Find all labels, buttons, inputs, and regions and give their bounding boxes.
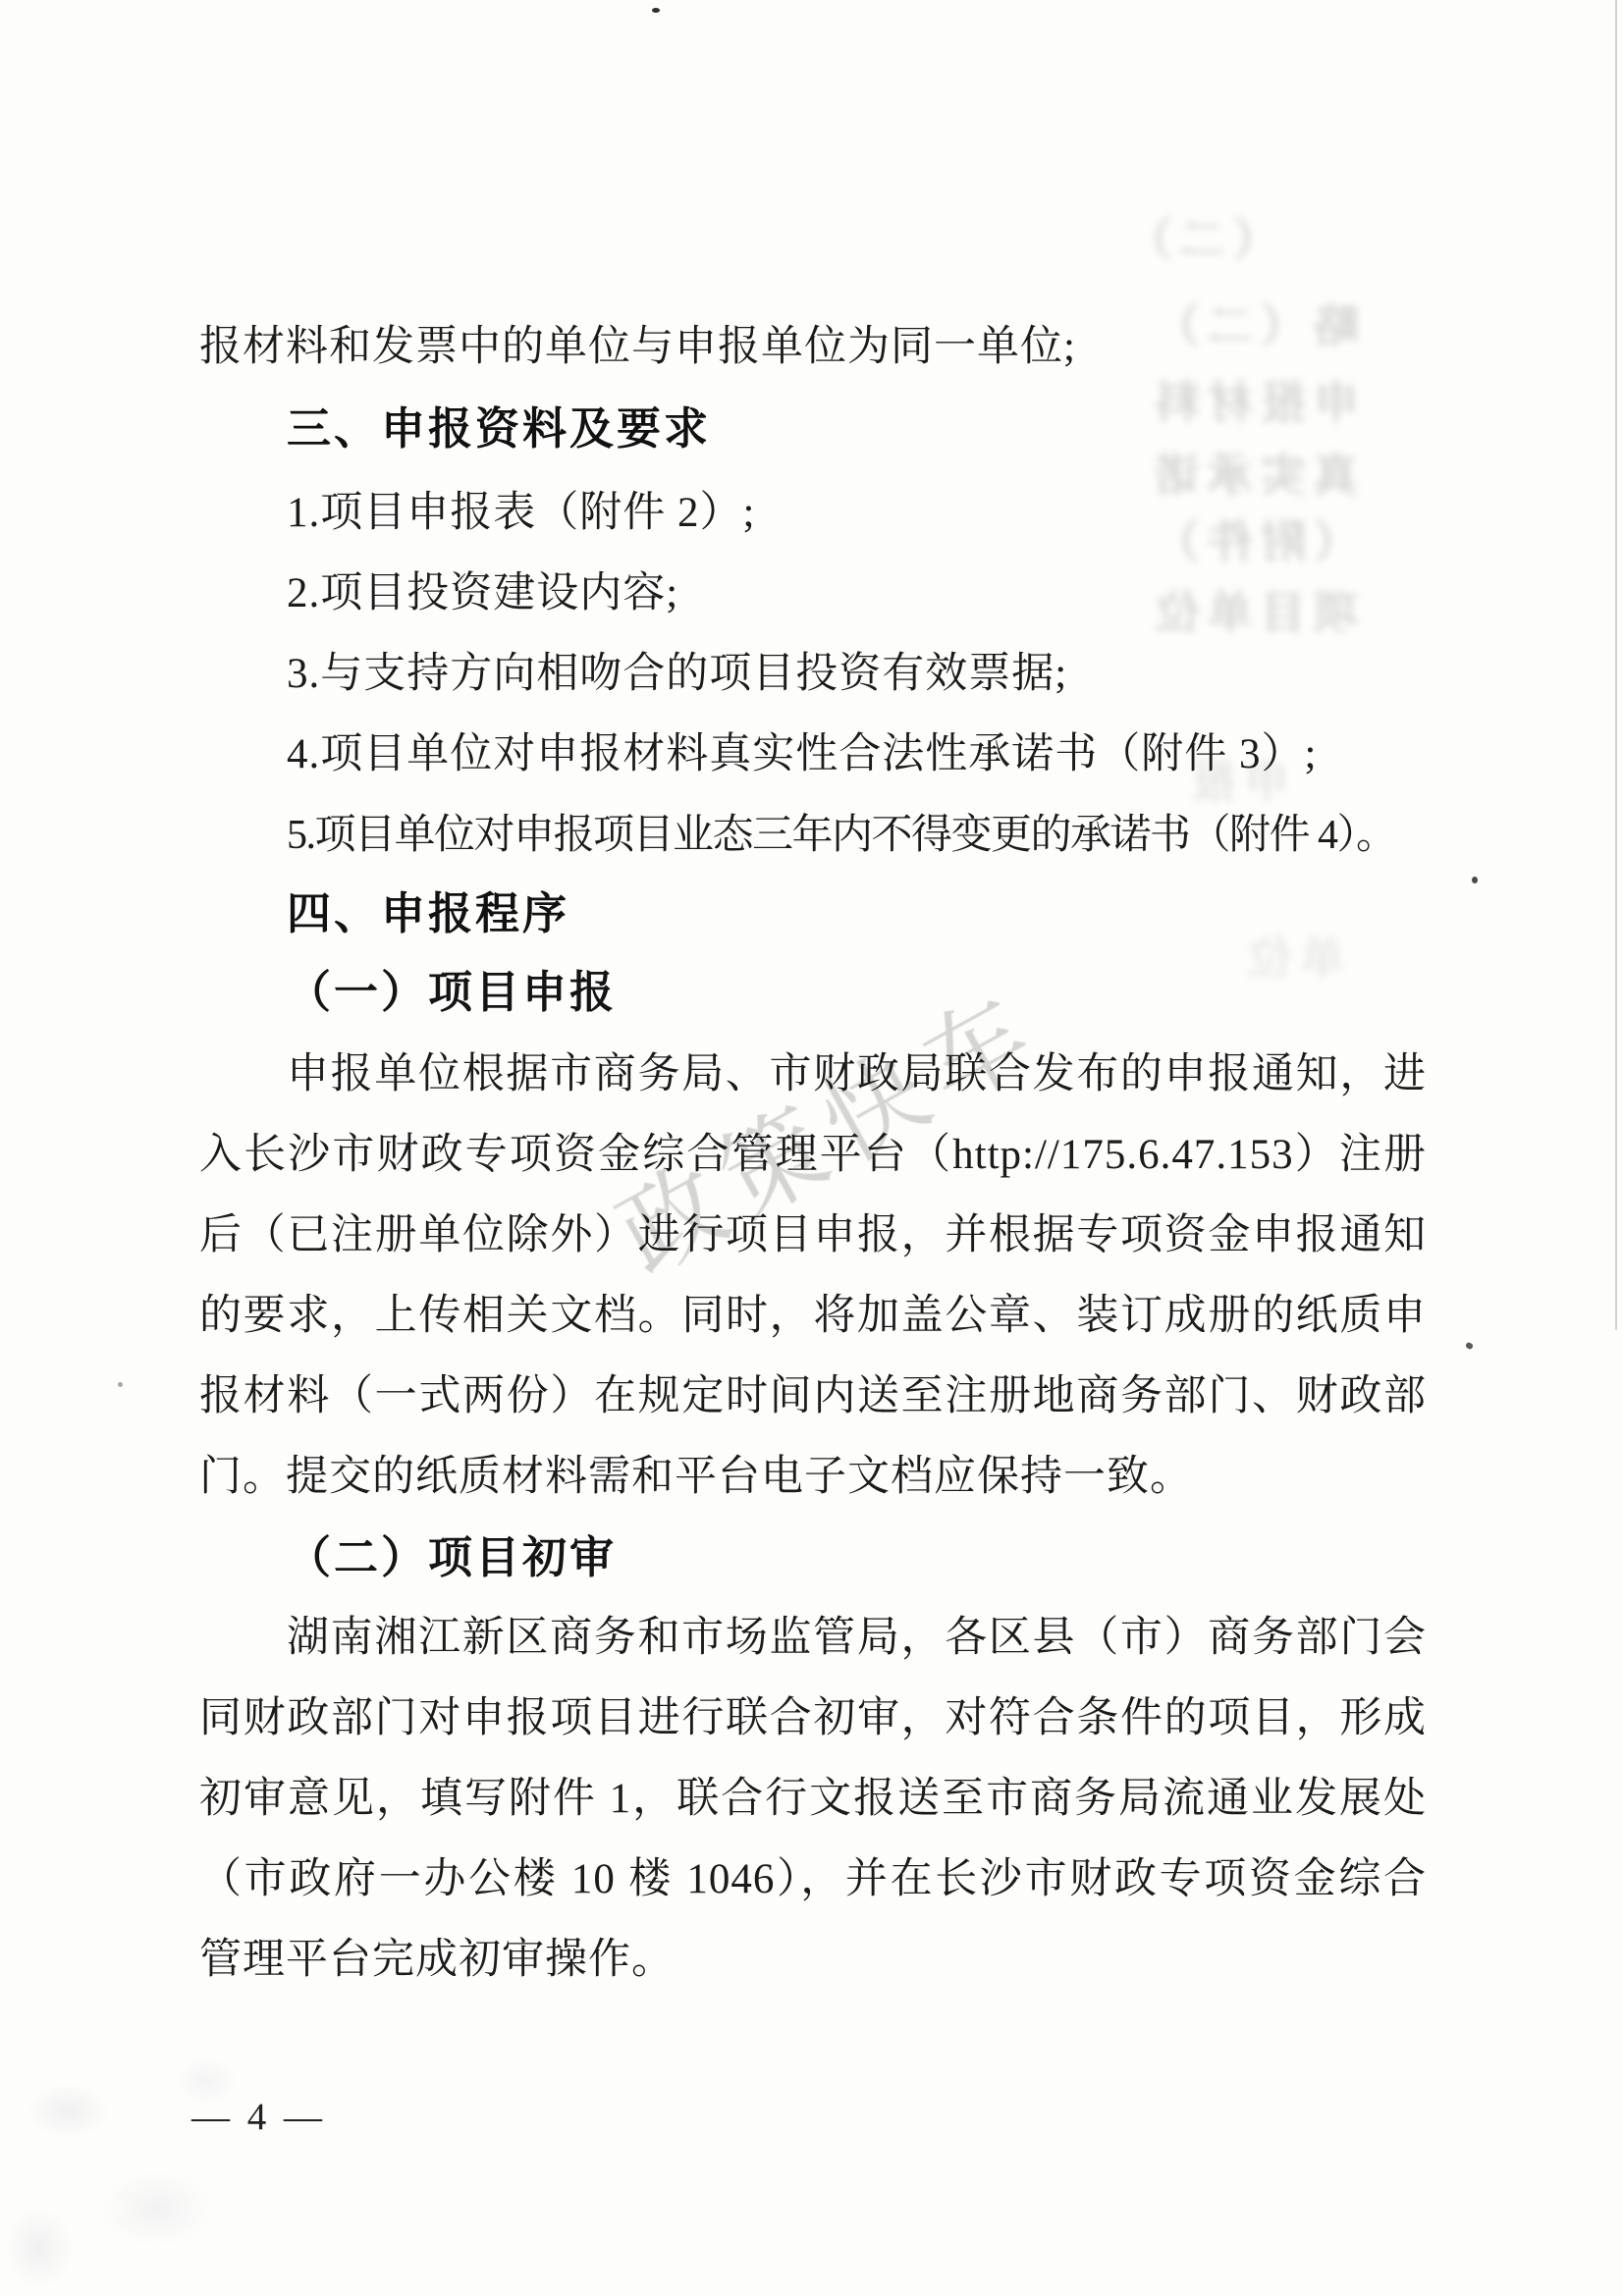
paragraph-application-line-2: 入长沙市财政专项资金综合管理平台（http://175.6.47.153）注册 xyxy=(199,1127,1427,1184)
body-line-carryover: 报材料和发票中的单位与申报单位为同一单位; xyxy=(199,319,1427,376)
list-item-2: 2.项目投资建设内容; xyxy=(287,565,1427,622)
paragraph-review-line-5: 管理平台完成初审操作。 xyxy=(199,1932,1427,1989)
paragraph-review-line-3: 初审意见，填写附件 1，联合行文报送至市商务局流通业发展处 xyxy=(199,1771,1427,1828)
scan-speck xyxy=(1465,1342,1474,1351)
bleed-through-mark: （二） xyxy=(1119,204,1278,269)
paragraph-application-line-4: 的要求，上传相关文档。同时，将加盖公章、装订成册的纸质申 xyxy=(199,1288,1427,1345)
scan-speck xyxy=(652,8,660,13)
heading-section-3: 三、申报资料及要求 xyxy=(287,400,1427,457)
scanned-document-page: 政策快车 （二） 略（二） 申报材料 真实承诺 （附件） 项目单位 申报 单位 … xyxy=(0,0,1623,2296)
list-item-3: 3.与支持方向相吻合的项目投资有效票据; xyxy=(287,646,1427,703)
scan-speck xyxy=(118,1382,123,1387)
heading-section-4: 四、申报程序 xyxy=(287,885,1427,942)
subheading-project-application: （一）项目申报 xyxy=(287,964,1427,1021)
scan-mottle-texture xyxy=(0,1993,353,2296)
paragraph-review-line-1: 湖南湘江新区商务和市场监管局，各区县（市）商务部门会 xyxy=(287,1610,1427,1667)
page-number: — 4 — xyxy=(191,2095,326,2139)
paragraph-review-line-4: （市政府一办公楼 10 楼 1046），并在长沙市财政专项资金综合 xyxy=(199,1851,1427,1908)
paragraph-application-line-3: 后（已注册单位除外）进行项目申报，并根据专项资金申报通知 xyxy=(199,1207,1427,1264)
paragraph-application-line-1: 申报单位根据市商务局、市财政局联合发布的申报通知，进 xyxy=(287,1046,1427,1103)
paragraph-review-line-2: 同财政部门对申报项目进行联合初审，对符合条件的项目，形成 xyxy=(199,1690,1427,1747)
list-item-4: 4.项目单位对申报材料真实性合法性承诺书（附件 3）; xyxy=(287,726,1427,783)
paragraph-application-line-6: 门。提交的纸质材料需和平台电子文档应保持一致。 xyxy=(199,1449,1427,1506)
subheading-preliminary-review: （二）项目初审 xyxy=(287,1529,1427,1586)
scan-speck xyxy=(1472,877,1478,883)
list-item-1: 1.项目申报表（附件 2）; xyxy=(287,485,1427,542)
list-item-5: 5.项目单位对申报项目业态三年内不得变更的承诺书（附件 4）。 xyxy=(287,807,1427,864)
scan-edge-line xyxy=(1615,0,1617,1330)
paragraph-application-line-5: 报材料（一式两份）在规定时间内送至注册地商务部门、财政部 xyxy=(199,1368,1427,1425)
